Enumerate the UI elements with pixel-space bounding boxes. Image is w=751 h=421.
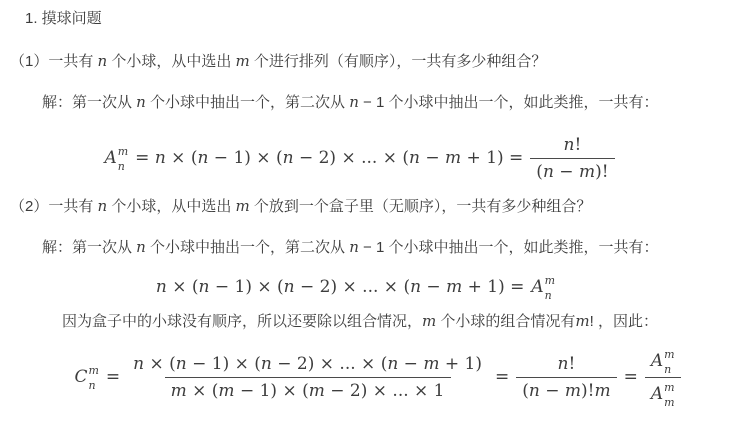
formula-combination: C m n = n × (n − 1) × (n − 2) × ... × (n… bbox=[2, 345, 751, 409]
fraction-factorial-ratio: n! (n − m)!m bbox=[516, 354, 616, 401]
symbol-base: A bbox=[651, 384, 663, 404]
symbol-base: C bbox=[74, 367, 87, 387]
fraction-numerator: n × (n − 1) × (n − 2) × ... × (n − m + 1… bbox=[127, 354, 488, 377]
fraction-product-ratio: n × (n − 1) × (n − 2) × ... × (n − m + 1… bbox=[127, 354, 488, 401]
equals-sign: = bbox=[495, 367, 509, 387]
superscript: m bbox=[664, 349, 674, 360]
symbol-A-n-m: A m n bbox=[104, 145, 128, 171]
fraction-A-ratio: A m n A m m bbox=[645, 348, 681, 407]
superscript: m bbox=[664, 382, 674, 393]
fraction-denominator: (n − m)!m bbox=[516, 377, 616, 401]
superscript: m bbox=[118, 146, 128, 157]
symbol-scripts: m n bbox=[118, 146, 128, 172]
formula-permutation-body: = n × (n − 1) × (n − 2) × ... × (n − m +… bbox=[135, 148, 523, 168]
fraction-denominator: m × (m − 1) × (m − 2) × ... × 1 bbox=[165, 377, 451, 401]
superscript: m bbox=[545, 275, 555, 286]
symbol-scripts: m m bbox=[664, 382, 674, 408]
symbol-A-m-m: A m m bbox=[651, 381, 675, 407]
symbol-scripts: m n bbox=[88, 365, 98, 391]
section-title: 1. 摸球问题 bbox=[25, 9, 102, 29]
formula-permutation: A m n = n × (n − 1) × (n − 2) × ... × (n… bbox=[0, 130, 735, 186]
symbol-scripts: m n bbox=[545, 275, 555, 301]
subscript: n bbox=[118, 161, 125, 172]
symbol-base: A bbox=[104, 148, 116, 168]
symbol-scripts: m n bbox=[664, 349, 674, 375]
symbol-base: A bbox=[531, 277, 543, 297]
document-page: 1. 摸球问题 （1）一共有 n 个小球，从中选出 m 个进行排列（有顺序），一… bbox=[0, 0, 751, 421]
symbol-base: A bbox=[651, 351, 663, 371]
question-1-text: （1）一共有 n 个小球，从中选出 m 个进行排列（有顺序），一共有多少种组合？ bbox=[10, 52, 546, 72]
solution-2-text: 解：第一次从 n 个小球中抽出一个，第二次从 n − 1 个小球中抽出一个，如此… bbox=[42, 238, 658, 258]
fraction-numerator: A m n bbox=[645, 348, 681, 377]
subscript: n bbox=[664, 364, 671, 375]
superscript: m bbox=[88, 365, 98, 376]
solution-1-text: 解：第一次从 n 个小球中抽出一个，第二次从 n − 1 个小球中抽出一个，如此… bbox=[42, 93, 658, 113]
subscript: m bbox=[664, 397, 674, 408]
equals-sign: = bbox=[624, 367, 638, 387]
subscript: n bbox=[88, 380, 95, 391]
symbol-C-n-m: C m n bbox=[74, 364, 98, 390]
symbol-A-n-m: A m n bbox=[651, 348, 675, 374]
question-2-text: （2）一共有 n 个小球，从中选出 m 个放到一个盒子里（无顺序），一共有多少种… bbox=[10, 197, 591, 217]
fraction-n-factorial: n! (n − m)! bbox=[530, 135, 614, 182]
equals-sign: = bbox=[106, 367, 120, 387]
subscript: n bbox=[545, 290, 552, 301]
fraction-numerator: n! bbox=[558, 135, 588, 158]
reason-text: 因为盒子中的小球没有顺序，所以还要除以组合情况，m 个小球的组合情况有m! ，因… bbox=[62, 312, 658, 332]
formula-product: n × (n − 1) × (n − 2) × ... × (n − m + 1… bbox=[0, 274, 731, 300]
fraction-numerator: n! bbox=[552, 354, 582, 377]
fraction-denominator: A m m bbox=[645, 377, 681, 407]
formula-product-body: n × (n − 1) × (n − 2) × ... × (n − m + 1… bbox=[156, 277, 524, 297]
fraction-denominator: (n − m)! bbox=[530, 158, 614, 182]
symbol-A-n-m: A m n bbox=[531, 274, 555, 300]
